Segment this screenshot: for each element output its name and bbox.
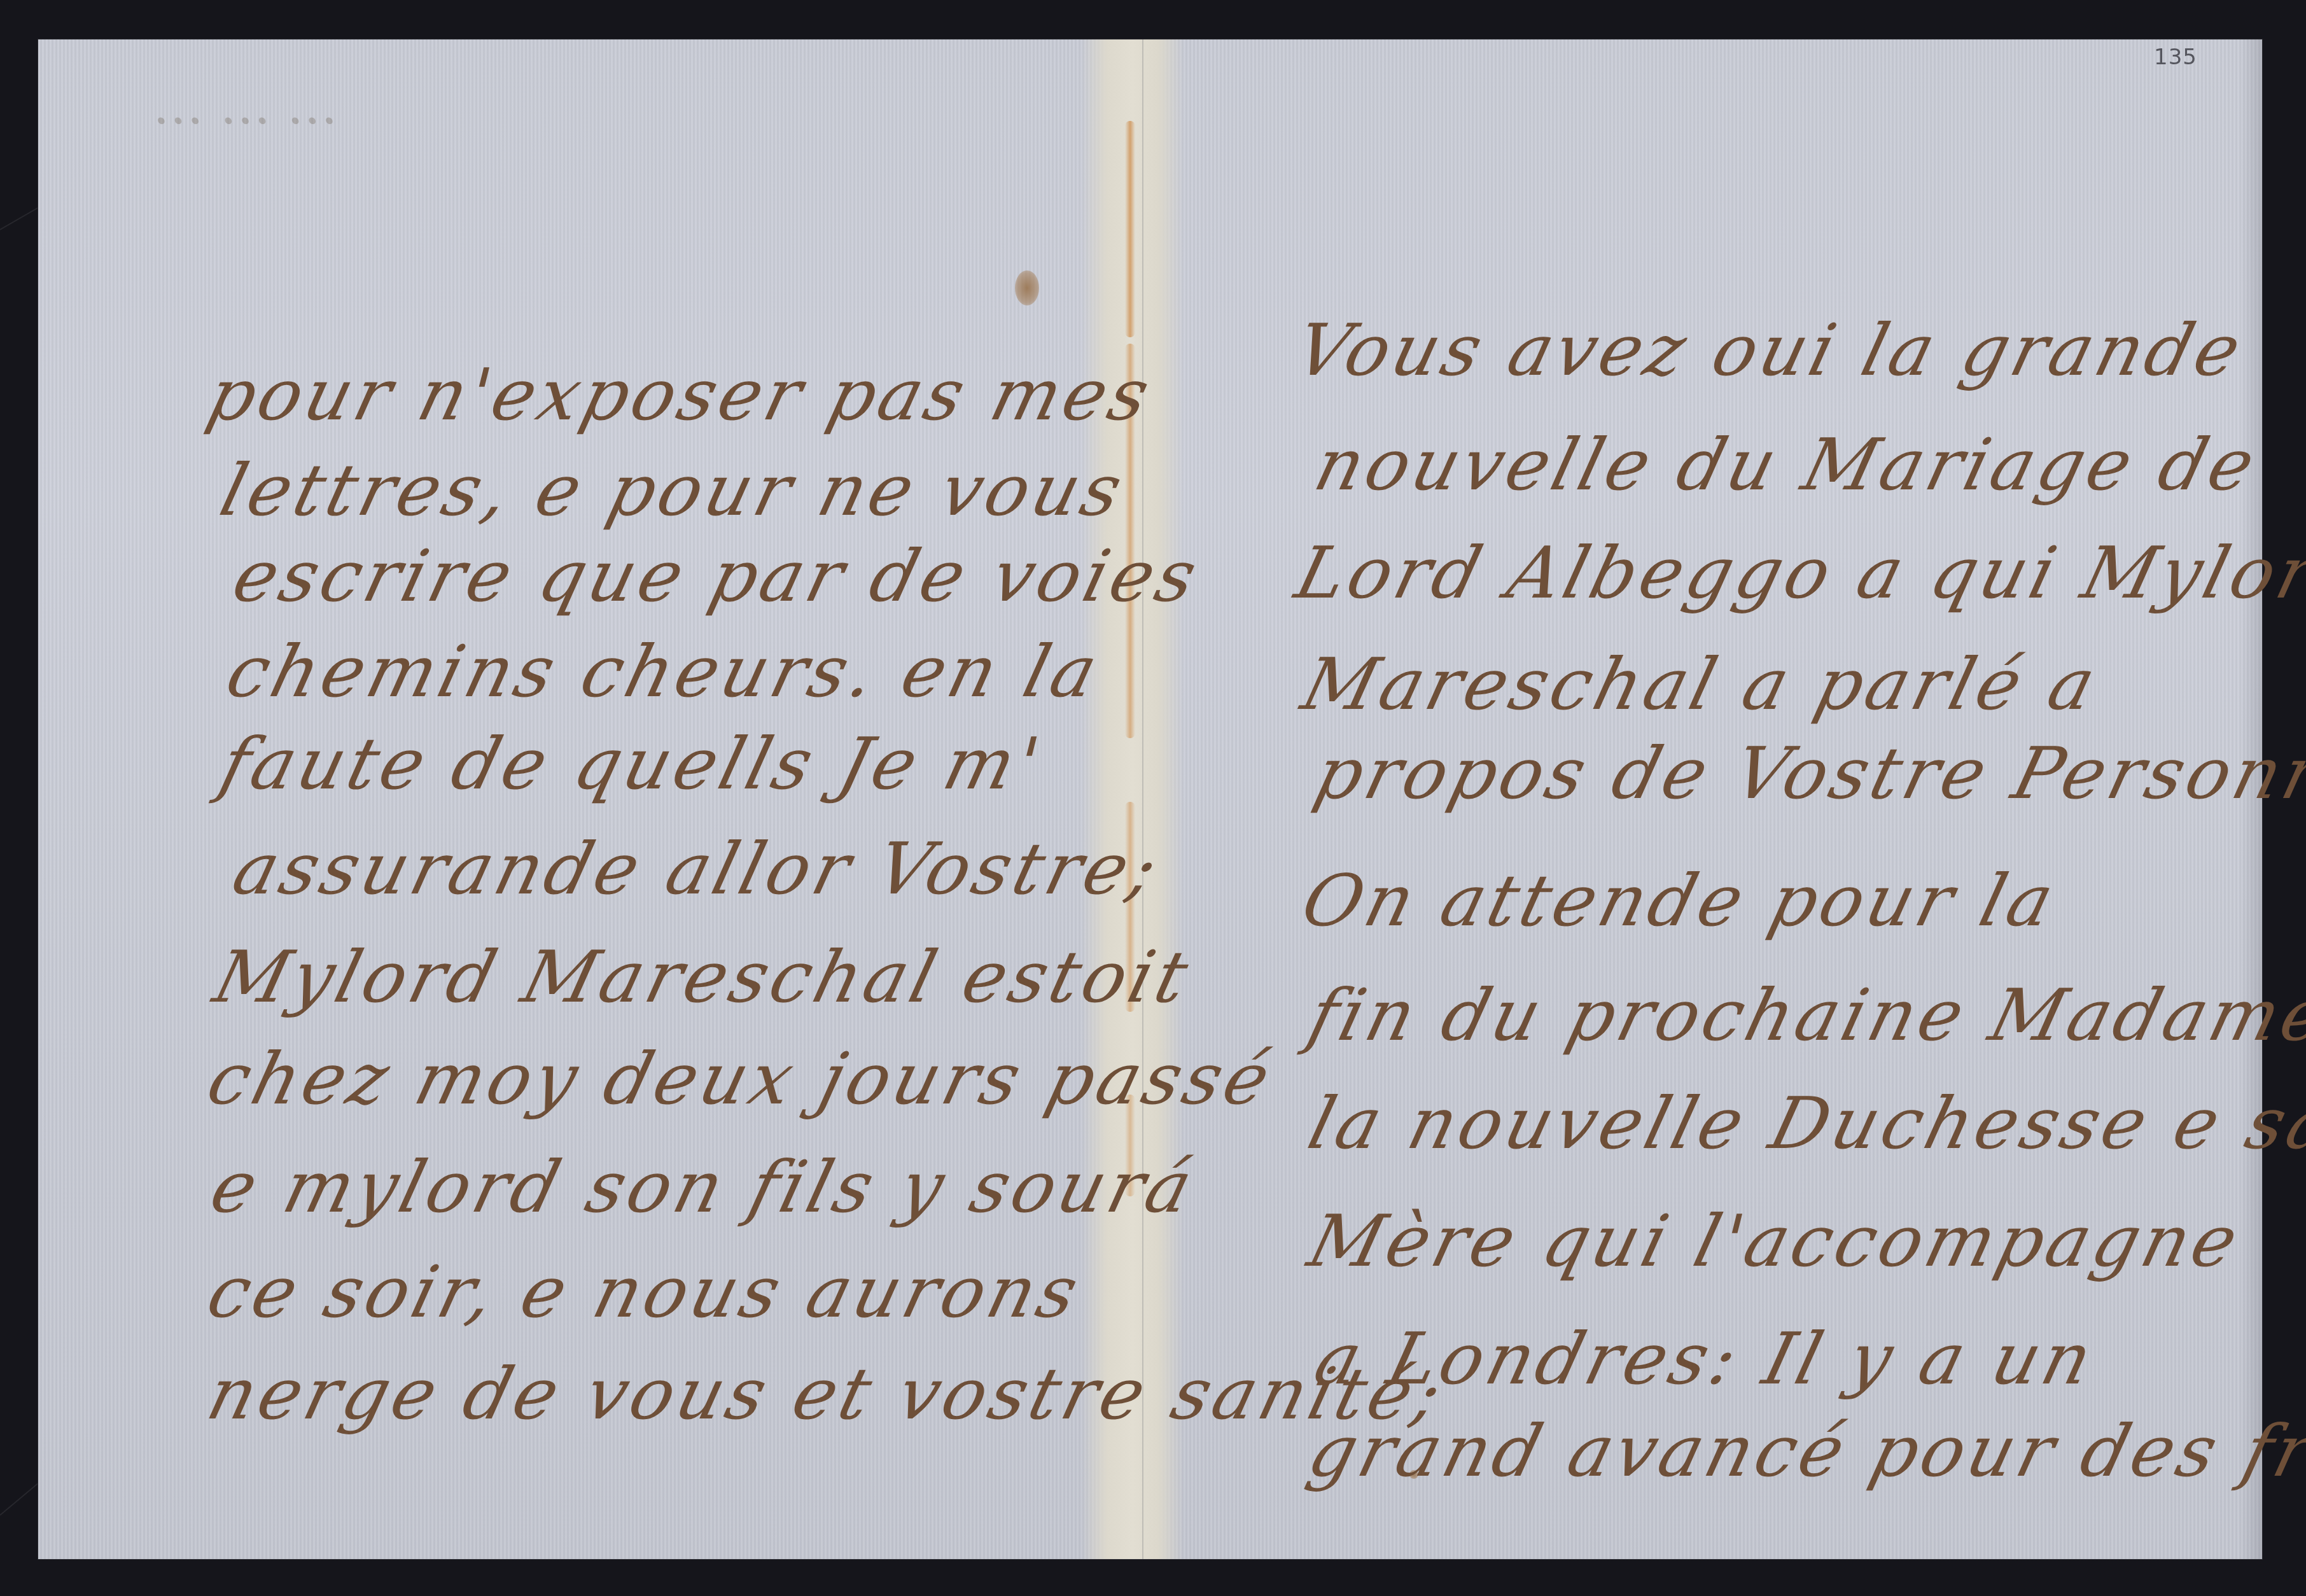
manuscript-line: escrire que par de voies <box>227 541 1206 612</box>
manuscript-line: pour n'exposer pas mes <box>201 360 1159 431</box>
manuscript-line: faute de quells Je m' <box>214 729 1049 800</box>
manuscript-line: a Londres: Il y a un <box>1308 1324 2102 1395</box>
manuscript-line: nerge de vous et vostre sanité; <box>201 1359 1452 1430</box>
manuscript-line: fin du prochaine Madame <box>1302 980 2306 1051</box>
manuscript-line: lettres, e pour ne vous <box>214 455 1132 526</box>
manuscript-line: Lord Albeggo a qui Mylord <box>1289 538 2306 609</box>
manuscript-line: assurande allor Vostre; <box>227 834 1168 905</box>
manuscript-line: chez moy deux jours passé <box>201 1044 1280 1115</box>
fold-crease <box>1142 39 1143 1559</box>
bleed-through-text: … … … <box>153 76 338 136</box>
manuscript-line: la nouvelle Duchesse e sa <box>1302 1088 2306 1159</box>
manuscript-line: e mylord son fils y sourá <box>204 1152 1202 1223</box>
manuscript-line: nouvelle du Mariage de <box>1308 430 2265 501</box>
gutter-rust-stain <box>1125 121 1135 337</box>
ink-blot <box>1015 270 1039 305</box>
manuscript-line: ce soir, e nous aurons <box>201 1257 1088 1328</box>
manuscript-line: Mylord Mareschal estoit <box>207 942 1198 1013</box>
manuscript-line: grand avancé pour des fraises <box>1302 1416 2306 1487</box>
manuscript-line: On attende pour la <box>1296 865 2064 937</box>
manuscript-line: chemins cheurs. en la <box>220 636 1107 708</box>
manuscript-line: Mareschal a parlé a <box>1296 649 2106 720</box>
manuscript-line: Mère qui l'accompagne <box>1302 1206 2248 1277</box>
folio-number: 135 <box>2154 45 2197 70</box>
manuscript-line: Vous avez oui la grande <box>1289 315 2251 386</box>
manuscript-line: propos de Vostre Personne. <box>1308 738 2306 809</box>
